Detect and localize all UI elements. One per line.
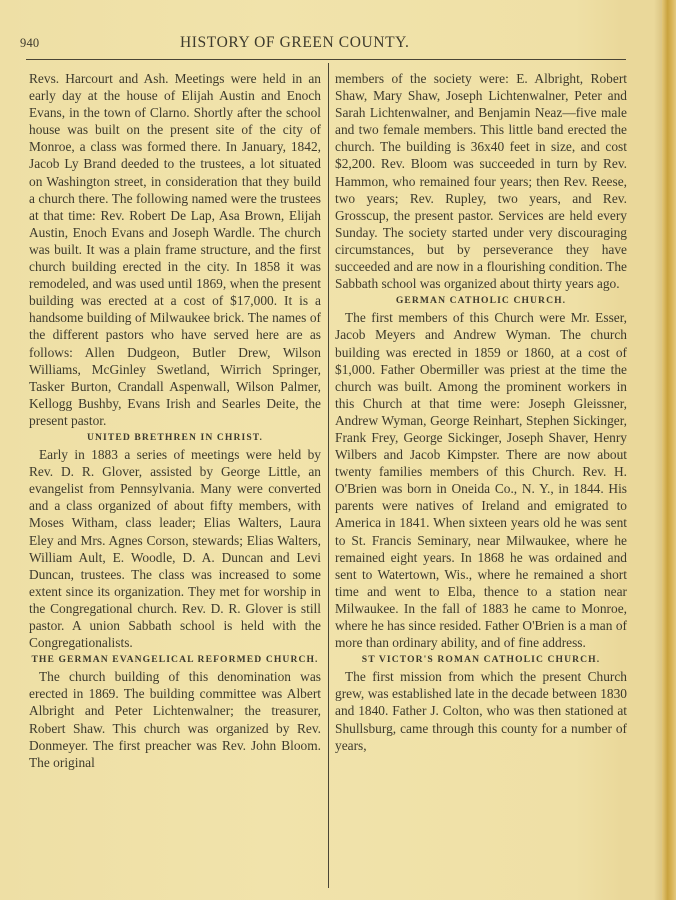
paragraph-german-evangelical-cont: members of the society were: E. Albright… bbox=[335, 70, 627, 292]
heading-united-brethren: UNITED BRETHREN IN CHRIST. bbox=[29, 429, 321, 446]
page-number: 940 bbox=[20, 36, 39, 51]
paragraph-german-evangelical: The church building of this denomination… bbox=[29, 668, 321, 771]
page-edge bbox=[662, 0, 676, 900]
heading-german-evangelical: THE GERMAN EVANGELICAL REFORMED CHURCH. bbox=[29, 651, 321, 668]
paragraph-united-brethren: Early in 1883 a series of meetings were … bbox=[29, 446, 321, 651]
page-header: 940 HISTORY OF GREEN COUNTY. bbox=[20, 34, 622, 54]
book-page: 940 HISTORY OF GREEN COUNTY. Revs. Harco… bbox=[0, 0, 676, 900]
heading-st-victor: ST VICTOR'S ROMAN CATHOLIC CHURCH. bbox=[335, 651, 627, 668]
left-column: Revs. Harcourt and Ash. Meetings were he… bbox=[29, 70, 321, 771]
heading-german-catholic: GERMAN CATHOLIC CHURCH. bbox=[335, 292, 627, 309]
paragraph-st-victor: The first mission from which the present… bbox=[335, 668, 627, 753]
running-title: HISTORY OF GREEN COUNTY. bbox=[180, 34, 409, 52]
column-divider bbox=[328, 63, 329, 888]
right-column: members of the society were: E. Albright… bbox=[335, 70, 627, 754]
paragraph-methodist: Revs. Harcourt and Ash. Meetings were he… bbox=[29, 70, 321, 429]
page-gutter-shadow bbox=[654, 0, 662, 900]
paragraph-german-catholic: The first members of this Church were Mr… bbox=[335, 309, 627, 651]
header-rule bbox=[26, 59, 626, 60]
